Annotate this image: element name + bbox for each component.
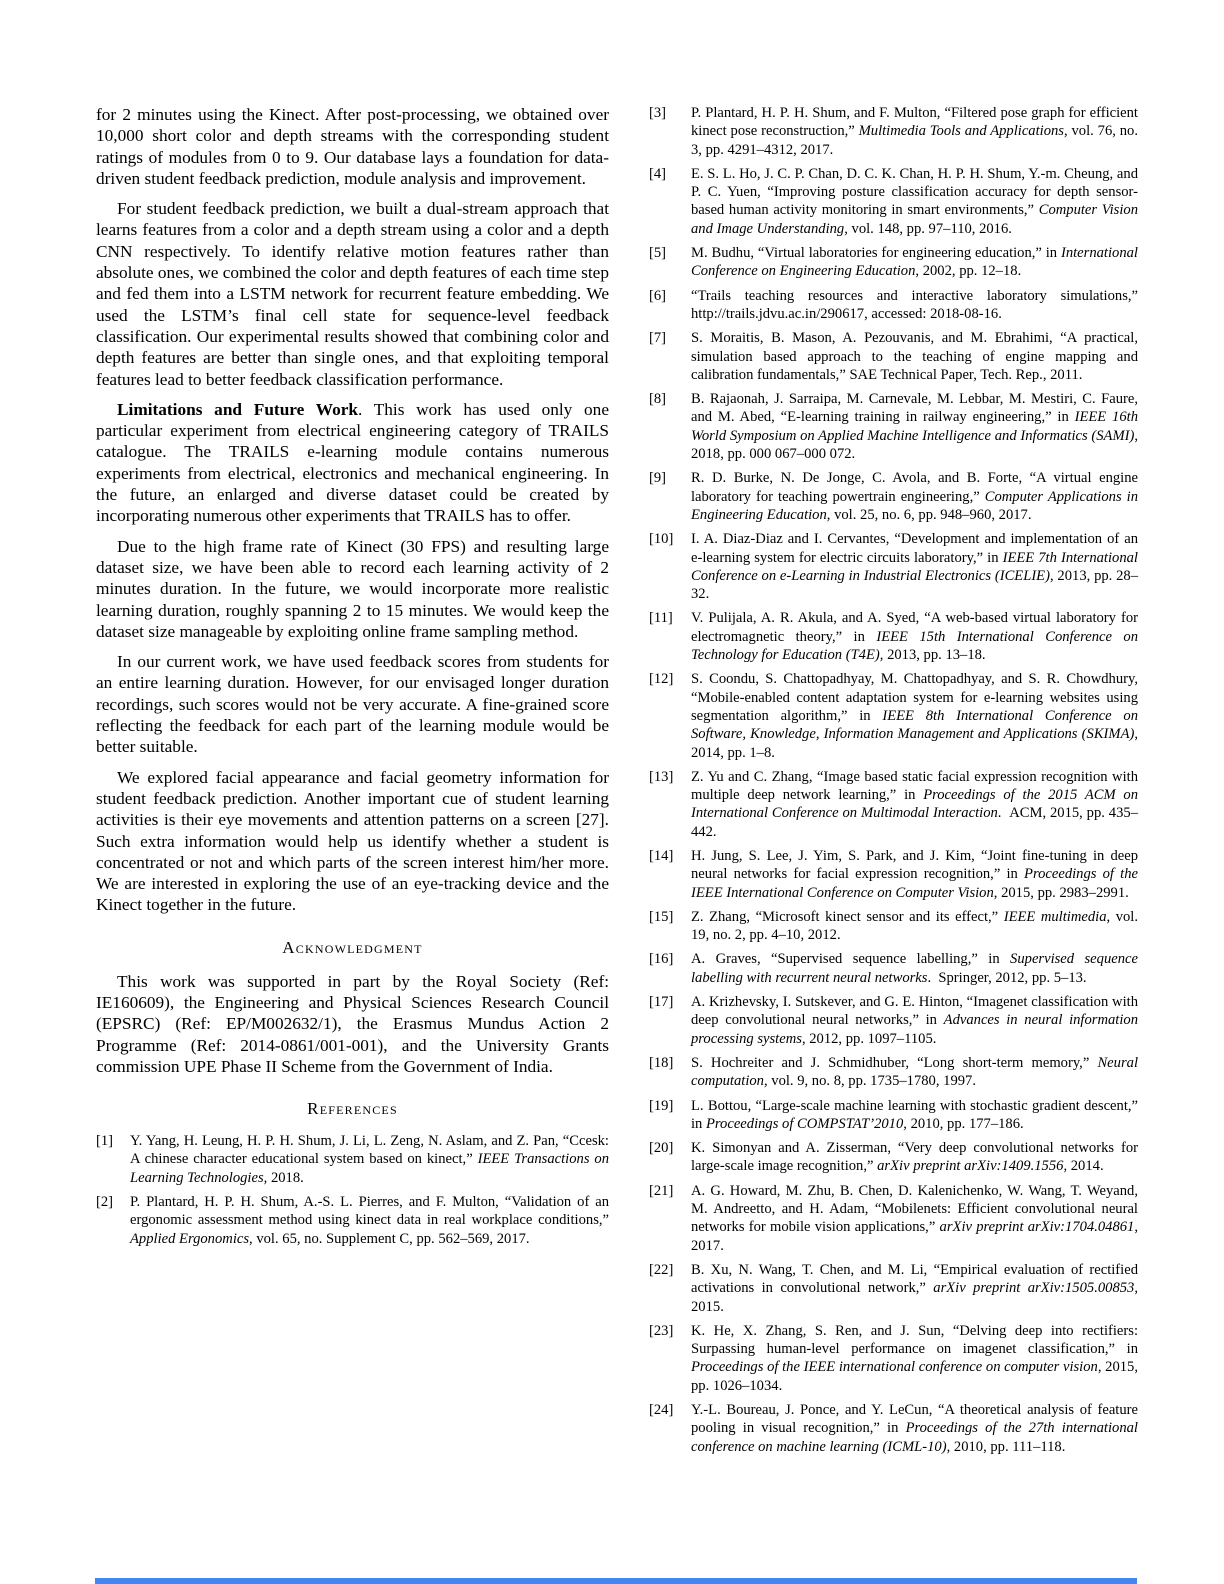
italic-run: Proceedings of the IEEE international co… [691, 1359, 1098, 1375]
text-run: , 2014. [1063, 1158, 1103, 1174]
reference-text: A. Krizhevsky, I. Sutskever, and G. E. H… [691, 993, 1138, 1048]
two-column-layout: for 2 minutes using the Kinect. After po… [0, 0, 1224, 1462]
paragraph: for 2 minutes using the Kinect. After po… [96, 104, 609, 189]
right-column: [3]P. Plantard, H. P. H. Shum, and F. Mu… [649, 104, 1138, 1462]
text-run: Z. Zhang, “Microsoft kinect sensor and i… [691, 909, 1004, 925]
reference-number: [3] [649, 104, 691, 159]
text-run: for 2 minutes using the Kinect. After po… [96, 105, 609, 188]
reference-number: [14] [649, 847, 691, 902]
text-run: , vol. 148, pp. 97–110, 2016. [844, 221, 1012, 237]
reference-item: [3]P. Plantard, H. P. H. Shum, and F. Mu… [649, 104, 1138, 159]
reference-text: L. Bottou, “Large-scale machine learning… [691, 1097, 1138, 1134]
text-run: , vol. 65, no. Supplement C, pp. 562–569… [249, 1231, 530, 1247]
text-run: P. Plantard, H. P. H. Shum, A.-S. L. Pie… [130, 1194, 609, 1228]
paragraph: This work was supported in part by the R… [96, 971, 609, 1077]
text-run: A. Graves, “Supervised sequence labellin… [691, 951, 1010, 967]
reference-number: [1] [96, 1132, 130, 1187]
reference-number: [20] [649, 1139, 691, 1176]
reference-text: A. Graves, “Supervised sequence labellin… [691, 950, 1138, 987]
reference-text: B. Xu, N. Wang, T. Chen, and M. Li, “Emp… [691, 1261, 1138, 1316]
text-run: , 2010, pp. 177–186. [903, 1116, 1023, 1132]
reference-number: [6] [649, 287, 691, 324]
reference-item: [22]B. Xu, N. Wang, T. Chen, and M. Li, … [649, 1261, 1138, 1316]
reference-item: [21]A. G. Howard, M. Zhu, B. Chen, D. Ka… [649, 1182, 1138, 1255]
italic-run: Applied Ergonomics [130, 1231, 249, 1247]
text-run: , 2012, pp. 1097–1105. [802, 1031, 936, 1047]
text-run: , 2002, pp. 12–18. [915, 263, 1021, 279]
text-run: “Trails teaching resources and interacti… [691, 288, 1138, 322]
reference-text: K. He, X. Zhang, S. Ren, and J. Sun, “De… [691, 1322, 1138, 1395]
reference-number: [15] [649, 908, 691, 945]
reference-text: H. Jung, S. Lee, J. Yim, S. Park, and J.… [691, 847, 1138, 902]
reference-item: [13]Z. Yu and C. Zhang, “Image based sta… [649, 768, 1138, 841]
reference-text: I. A. Diaz-Diaz and I. Cervantes, “Devel… [691, 530, 1138, 603]
paragraph: Due to the high frame rate of Kinect (30… [96, 536, 609, 642]
reference-item: [2]P. Plantard, H. P. H. Shum, A.-S. L. … [96, 1193, 609, 1248]
reference-item: [4]E. S. L. Ho, J. C. P. Chan, D. C. K. … [649, 165, 1138, 238]
text-run: , 2018. [264, 1170, 304, 1186]
acknowledgment-paragraphs: This work was supported in part by the R… [96, 971, 609, 1077]
reference-number: [16] [649, 950, 691, 987]
italic-run: arXiv preprint arXiv:1704.04861 [940, 1219, 1135, 1235]
reference-item: [16]A. Graves, “Supervised sequence labe… [649, 950, 1138, 987]
text-run: S. Moraitis, B. Mason, A. Pezouvanis, an… [691, 330, 1138, 383]
reference-text: S. Moraitis, B. Mason, A. Pezouvanis, an… [691, 329, 1138, 384]
reference-item: [11]V. Pulijala, A. R. Akula, and A. Sye… [649, 609, 1138, 664]
reference-item: [5]M. Budhu, “Virtual laboratories for e… [649, 244, 1138, 281]
references-list-right: [3]P. Plantard, H. P. H. Shum, and F. Mu… [649, 104, 1138, 1456]
reference-text: P. Plantard, H. P. H. Shum, and F. Multo… [691, 104, 1138, 159]
text-run: B. Rajaonah, J. Sarraipa, M. Carnevale, … [691, 391, 1138, 425]
reference-number: [12] [649, 670, 691, 761]
reference-text: V. Pulijala, A. R. Akula, and A. Syed, “… [691, 609, 1138, 664]
reference-item: [7]S. Moraitis, B. Mason, A. Pezouvanis,… [649, 329, 1138, 384]
text-run: This work was supported in part by the R… [96, 972, 609, 1076]
reference-item: [19]L. Bottou, “Large-scale machine lear… [649, 1097, 1138, 1134]
paragraph: Limitations and Future Work. This work h… [96, 399, 609, 527]
reference-text: Z. Zhang, “Microsoft kinect sensor and i… [691, 908, 1138, 945]
text-run: , 2013, pp. 13–18. [880, 647, 986, 663]
reference-number: [10] [649, 530, 691, 603]
reference-number: [22] [649, 1261, 691, 1316]
bottom-blue-bar [95, 1578, 1137, 1584]
paper-page: for 2 minutes using the Kinect. After po… [0, 0, 1224, 1584]
reference-number: [19] [649, 1097, 691, 1134]
reference-number: [11] [649, 609, 691, 664]
text-run: Due to the high frame rate of Kinect (30… [96, 537, 609, 641]
paragraph: For student feedback prediction, we buil… [96, 198, 609, 390]
italic-run: Proceedings of COMPSTAT’2010 [706, 1116, 903, 1132]
reference-text: R. D. Burke, N. De Jonge, C. Avola, and … [691, 469, 1138, 524]
italic-run: IEEE multimedia [1004, 909, 1107, 925]
reference-item: [6]“Trails teaching resources and intera… [649, 287, 1138, 324]
italic-run: Multimedia Tools and Applications [859, 123, 1064, 139]
body-paragraphs: for 2 minutes using the Kinect. After po… [96, 104, 609, 916]
italic-run: arXiv preprint arXiv:1505.00853 [933, 1280, 1134, 1296]
paragraph: We explored facial appearance and facial… [96, 767, 609, 916]
left-column: for 2 minutes using the Kinect. After po… [96, 104, 609, 1462]
reference-text: M. Budhu, “Virtual laboratories for engi… [691, 244, 1138, 281]
text-run: K. He, X. Zhang, S. Ren, and J. Sun, “De… [691, 1323, 1138, 1357]
reference-number: [2] [96, 1193, 130, 1248]
reference-text: Y. Yang, H. Leung, H. P. H. Shum, J. Li,… [130, 1132, 609, 1187]
reference-number: [4] [649, 165, 691, 238]
reference-item: [1]Y. Yang, H. Leung, H. P. H. Shum, J. … [96, 1132, 609, 1187]
reference-number: [5] [649, 244, 691, 281]
reference-item: [15]Z. Zhang, “Microsoft kinect sensor a… [649, 908, 1138, 945]
text-run: For student feedback prediction, we buil… [96, 199, 609, 388]
reference-text: E. S. L. Ho, J. C. P. Chan, D. C. K. Cha… [691, 165, 1138, 238]
reference-item: [9]R. D. Burke, N. De Jonge, C. Avola, a… [649, 469, 1138, 524]
reference-number: [7] [649, 329, 691, 384]
reference-text: B. Rajaonah, J. Sarraipa, M. Carnevale, … [691, 390, 1138, 463]
text-run: , vol. 25, no. 6, pp. 948–960, 2017. [827, 507, 1032, 523]
reference-text: Z. Yu and C. Zhang, “Image based static … [691, 768, 1138, 841]
reference-text: “Trails teaching resources and interacti… [691, 287, 1138, 324]
reference-number: [18] [649, 1054, 691, 1091]
reference-number: [13] [649, 768, 691, 841]
references-list-left: [1]Y. Yang, H. Leung, H. P. H. Shum, J. … [96, 1132, 609, 1248]
reference-text: P. Plantard, H. P. H. Shum, A.-S. L. Pie… [130, 1193, 609, 1248]
reference-number: [21] [649, 1182, 691, 1255]
reference-item: [23]K. He, X. Zhang, S. Ren, and J. Sun,… [649, 1322, 1138, 1395]
reference-text: K. Simonyan and A. Zisserman, “Very deep… [691, 1139, 1138, 1176]
reference-text: A. G. Howard, M. Zhu, B. Chen, D. Kaleni… [691, 1182, 1138, 1255]
reference-item: [8]B. Rajaonah, J. Sarraipa, M. Carneval… [649, 390, 1138, 463]
text-run: S. Hochreiter and J. Schmidhuber, “Long … [691, 1055, 1097, 1071]
reference-text: S. Hochreiter and J. Schmidhuber, “Long … [691, 1054, 1138, 1091]
reference-item: [12]S. Coondu, S. Chattopadhyay, M. Chat… [649, 670, 1138, 761]
reference-text: Y.-L. Boureau, J. Ponce, and Y. LeCun, “… [691, 1401, 1138, 1456]
reference-item: [20]K. Simonyan and A. Zisserman, “Very … [649, 1139, 1138, 1176]
text-run: . Springer, 2012, pp. 5–13. [927, 970, 1086, 986]
text-run: In our current work, we have used feedba… [96, 652, 609, 756]
references-heading: References [96, 1099, 609, 1119]
text-run: , 2015, pp. 2983–2991. [994, 885, 1129, 901]
reference-number: [9] [649, 469, 691, 524]
acknowledgment-heading: Acknowledgment [96, 938, 609, 958]
reference-number: [23] [649, 1322, 691, 1395]
reference-item: [18]S. Hochreiter and J. Schmidhuber, “L… [649, 1054, 1138, 1091]
text-run: We explored facial appearance and facial… [96, 768, 609, 915]
text-run: , 2010, pp. 111–118. [947, 1439, 1066, 1455]
reference-number: [24] [649, 1401, 691, 1456]
bold-run: Limitations and Future Work [117, 400, 358, 419]
text-run: M. Budhu, “Virtual laboratories for engi… [691, 245, 1061, 261]
reference-item: [14]H. Jung, S. Lee, J. Yim, S. Park, an… [649, 847, 1138, 902]
italic-run: arXiv preprint arXiv:1409.1556 [877, 1158, 1063, 1174]
text-run: , vol. 9, no. 8, pp. 1735–1780, 1997. [764, 1073, 976, 1089]
reference-item: [24]Y.-L. Boureau, J. Ponce, and Y. LeCu… [649, 1401, 1138, 1456]
reference-number: [17] [649, 993, 691, 1048]
reference-text: S. Coondu, S. Chattopadhyay, M. Chattopa… [691, 670, 1138, 761]
paragraph: In our current work, we have used feedba… [96, 651, 609, 757]
reference-item: [10]I. A. Diaz-Diaz and I. Cervantes, “D… [649, 530, 1138, 603]
reference-item: [17]A. Krizhevsky, I. Sutskever, and G. … [649, 993, 1138, 1048]
reference-number: [8] [649, 390, 691, 463]
